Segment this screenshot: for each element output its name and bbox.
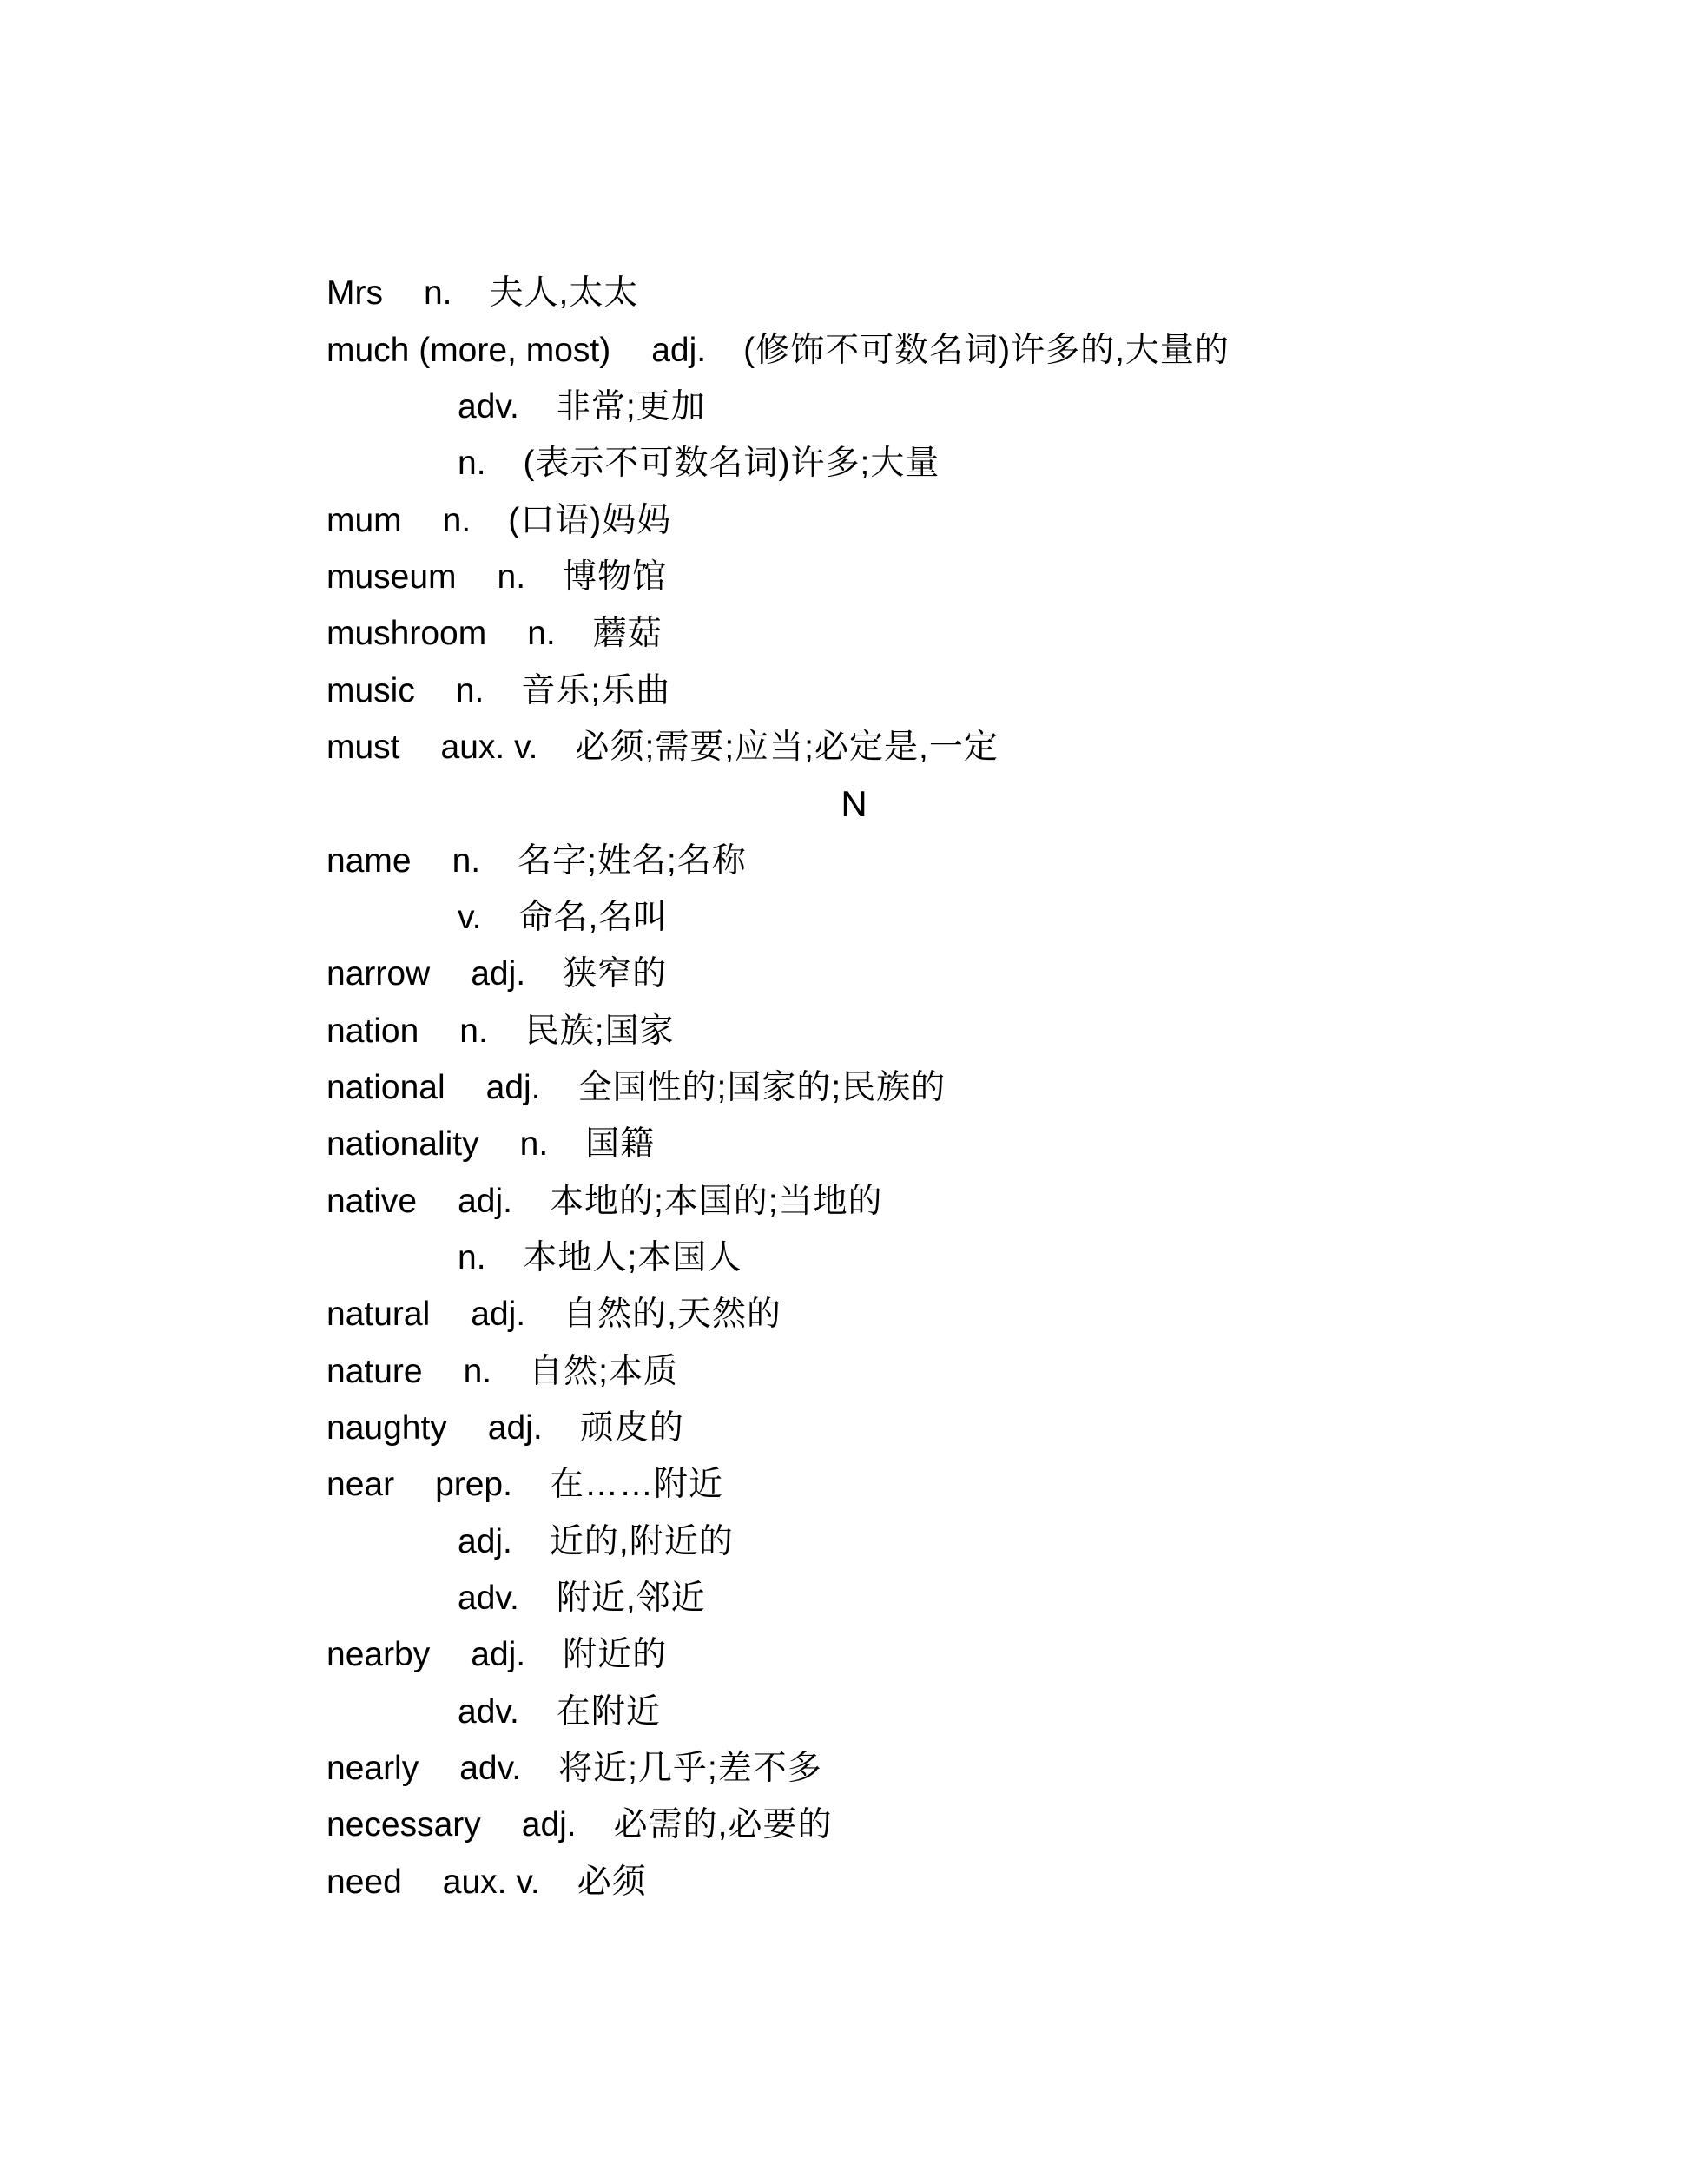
vocab-row: narrowadj.狭窄的	[0, 946, 1708, 1002]
entry-word: nation	[326, 1014, 419, 1048]
entry-part-of-speech: adj.	[471, 1297, 525, 1331]
entry-word: museum	[326, 560, 457, 594]
section-header-label: N	[841, 786, 867, 822]
entry-definition: 自然;本质	[529, 1355, 678, 1388]
entry-part-of-speech: adv.	[458, 1695, 519, 1729]
entry-word: much (more, most)	[326, 333, 610, 367]
entry-definition: 国籍	[585, 1127, 655, 1161]
entry-part-of-speech: aux. v.	[443, 1865, 540, 1899]
vocab-row: mumn.(口语)妈妈	[0, 491, 1708, 548]
entry-definition: (修饰不可数名词)许多的,大量的	[743, 333, 1230, 367]
vocab-row: musicn.音乐;乐曲	[0, 662, 1708, 718]
vocab-row: naturaladj.自然的,天然的	[0, 1286, 1708, 1342]
entry-definition: 非常;更加	[557, 390, 706, 424]
vocab-row: namen.名字;姓名;名称	[0, 832, 1708, 888]
vocab-row: n.本地人;本国人	[0, 1230, 1708, 1286]
entry-definition: 音乐;乐曲	[521, 674, 670, 708]
entry-part-of-speech: v.	[458, 900, 481, 934]
vocab-row: naughtyadj.顽皮的	[0, 1400, 1708, 1456]
entry-part-of-speech: adv.	[458, 1581, 519, 1615]
entry-word: narrow	[326, 957, 430, 991]
entry-definition: 自然的,天然的	[563, 1297, 781, 1331]
entry-word: name	[326, 844, 412, 878]
entry-definition: 本地的;本国的;当地的	[550, 1184, 883, 1218]
entry-part-of-speech: adj.	[486, 1071, 541, 1105]
entry-part-of-speech: adj.	[488, 1411, 543, 1445]
vocab-row: naturen.自然;本质	[0, 1343, 1708, 1400]
entry-definition: 夫人,太太	[490, 276, 639, 310]
vocab-row: mustaux. v.必须;需要;应当;必定是,一定	[0, 719, 1708, 775]
vocab-row: needaux. v.必须	[0, 1854, 1708, 1910]
entry-word: nearly	[326, 1751, 419, 1785]
entry-word: necessary	[326, 1808, 481, 1842]
entry-part-of-speech: n.	[520, 1127, 549, 1161]
entry-definition: 将近;几乎;差不多	[558, 1751, 822, 1785]
vocab-row: adj.近的,附近的	[0, 1514, 1708, 1570]
vocab-row: nearprep.在……附近	[0, 1456, 1708, 1513]
entry-part-of-speech: adj.	[522, 1808, 577, 1842]
entry-word: music	[326, 674, 415, 708]
entry-part-of-speech: n.	[459, 1014, 488, 1048]
entry-part-of-speech: n.	[456, 674, 485, 708]
entry-definition: (口语)妈妈	[508, 504, 671, 538]
entry-part-of-speech: adv.	[459, 1751, 521, 1785]
entry-definition: 在……附近	[550, 1467, 723, 1501]
section-header: N	[0, 775, 1708, 832]
vocab-row: nativeadj.本地的;本国的;当地的	[0, 1173, 1708, 1230]
entry-word: mushroom	[326, 617, 486, 650]
entry-word: need	[326, 1865, 402, 1899]
entry-definition: 附近,邻近	[557, 1581, 706, 1615]
entry-part-of-speech: aux. v.	[441, 730, 538, 764]
entry-part-of-speech: adj.	[458, 1525, 512, 1559]
entry-word: native	[326, 1184, 417, 1218]
entry-definition: 顽皮的	[580, 1411, 684, 1445]
entry-part-of-speech: n.	[458, 446, 486, 480]
vocab-row: nearbyadj.附近的	[0, 1626, 1708, 1683]
vocab-row: mushroomn.蘑菇	[0, 605, 1708, 662]
vocab-row: adv.非常;更加	[0, 379, 1708, 435]
entry-part-of-speech: adj.	[471, 957, 525, 991]
entry-part-of-speech: adj.	[651, 333, 706, 367]
entry-part-of-speech: n.	[498, 560, 526, 594]
entry-definition: 命名,名叫	[518, 900, 668, 934]
entry-part-of-speech: n.	[424, 276, 452, 310]
document-page: Mrsn.夫人,太太much (more, most)adj.(修饰不可数名词)…	[0, 0, 1708, 2183]
entry-definition: 狭窄的	[563, 957, 667, 991]
entry-definition: 必须;需要;应当;必定是,一定	[576, 730, 999, 764]
entry-definition: 附近的	[563, 1638, 667, 1672]
vocab-row: adv.附近,邻近	[0, 1570, 1708, 1626]
entry-part-of-speech: n.	[464, 1355, 492, 1388]
vocab-row: nationn.民族;国家	[0, 1002, 1708, 1059]
vocab-row: adv.在附近	[0, 1684, 1708, 1740]
entry-definition: 蘑菇	[593, 617, 663, 650]
vocab-row: v.命名,名叫	[0, 889, 1708, 946]
vocab-row: necessaryadj.必需的,必要的	[0, 1797, 1708, 1853]
entry-definition: (表示不可数名词)许多;大量	[524, 446, 940, 480]
entry-word: near	[326, 1467, 394, 1501]
entry-word: natural	[326, 1297, 430, 1331]
entry-definition: 名字;姓名;名称	[518, 844, 747, 878]
entry-definition: 必须	[577, 1865, 647, 1899]
entry-word: must	[326, 730, 400, 764]
entry-definition: 本地人;本国人	[524, 1241, 742, 1275]
entry-word: naughty	[326, 1411, 447, 1445]
entry-word: national	[326, 1071, 445, 1105]
entry-definition: 必需的,必要的	[614, 1808, 833, 1842]
entry-definition: 民族;国家	[525, 1014, 675, 1048]
entry-part-of-speech: n.	[443, 504, 472, 538]
entry-part-of-speech: n.	[527, 617, 556, 650]
vocab-row: much (more, most)adj.(修饰不可数名词)许多的,大量的	[0, 321, 1708, 378]
entry-part-of-speech: prep.	[435, 1467, 512, 1501]
entry-definition: 全国性的;国家的;民族的	[578, 1071, 946, 1105]
vocabulary-list: Mrsn.夫人,太太much (more, most)adj.(修饰不可数名词)…	[0, 265, 1708, 1910]
entry-definition: 博物馆	[563, 560, 667, 594]
entry-word: nationality	[326, 1127, 479, 1161]
entry-part-of-speech: n.	[452, 844, 481, 878]
entry-word: Mrs	[326, 276, 383, 310]
vocab-row: Mrsn.夫人,太太	[0, 265, 1708, 321]
vocab-row: nearlyadv.将近;几乎;差不多	[0, 1740, 1708, 1797]
entry-definition: 在附近	[557, 1695, 661, 1729]
entry-part-of-speech: n.	[458, 1241, 486, 1275]
entry-part-of-speech: adj.	[471, 1638, 525, 1672]
vocab-row: n.(表示不可数名词)许多;大量	[0, 435, 1708, 491]
vocab-row: nationalityn.国籍	[0, 1116, 1708, 1172]
entry-part-of-speech: adj.	[458, 1184, 512, 1218]
vocab-row: museumn.博物馆	[0, 549, 1708, 605]
entry-word: mum	[326, 504, 402, 538]
entry-definition: 近的,附近的	[550, 1525, 734, 1559]
entry-word: nearby	[326, 1638, 430, 1672]
entry-part-of-speech: adv.	[458, 390, 519, 424]
vocab-row: nationaladj.全国性的;国家的;民族的	[0, 1059, 1708, 1116]
entry-word: nature	[326, 1355, 423, 1388]
